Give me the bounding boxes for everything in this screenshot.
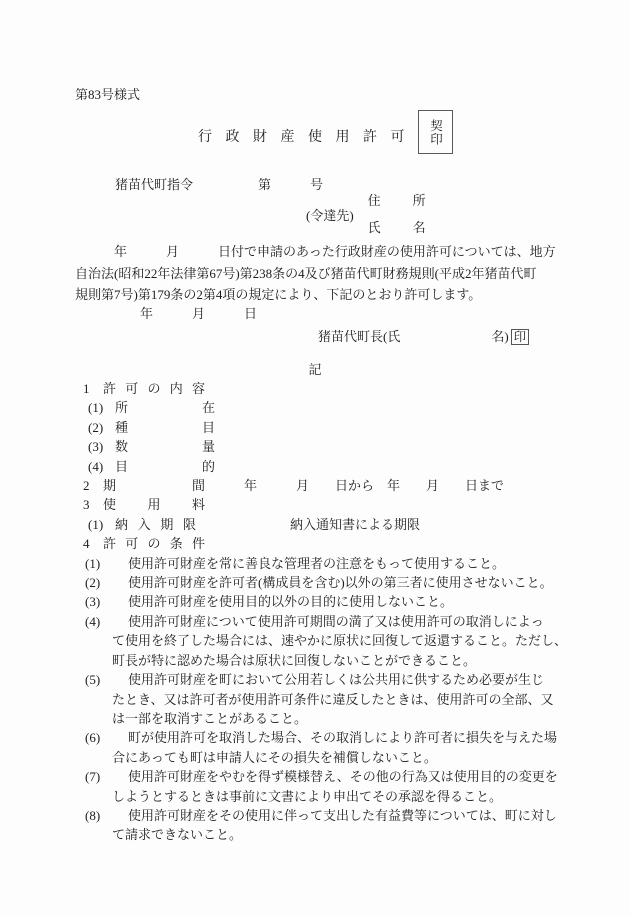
binding-seal-box: 契印 <box>418 110 453 154</box>
condition-number: (3) <box>85 592 112 611</box>
condition-text-line: 使用許可財産について使用許可期間の満了又は使用許可の取消しによっ <box>112 612 620 631</box>
document-title: 行政財産使用許可書 <box>0 126 630 146</box>
body-paragraph-line: 年 月 日付で申請のあった行政財産の使用許可については、地方 <box>75 241 556 263</box>
item-label: 目的 <box>115 457 215 476</box>
condition-text-line: は一部を取消すことがあること。 <box>112 709 620 728</box>
section-1-item-location: (1)所在 <box>88 398 620 417</box>
condition-item-1: (1) 使用許可財産を常に善良な管理者の注意をもって使用すること。 <box>85 554 620 573</box>
condition-text-line: たとき、又は許可者が使用許可条件に違反したときは、使用許可の全部、又 <box>112 690 620 709</box>
section-1-item-quantity: (3)数量 <box>88 437 620 456</box>
condition-text-line: 使用許可財産を常に善良な管理者の注意をもって使用すること。 <box>112 554 620 573</box>
condition-item-2: (2) 使用許可財産を許可者(構成員を含む)以外の第三者に使用させないこと。 <box>85 573 620 592</box>
ki-heading: 記 <box>0 359 630 378</box>
condition-number: (7) <box>85 767 112 806</box>
condition-number: (5) <box>85 670 112 728</box>
section-1-heading: 1許可の内容 <box>83 379 620 398</box>
condition-number: (2) <box>85 573 112 592</box>
condition-text-line: て使用を終了した場合には、速やかに原状に回復して返還すること。ただし、 <box>112 631 620 650</box>
directive-number-line: 猪苗代町指令 第 号 <box>115 174 323 193</box>
section-1-item-type: (2)種目 <box>88 418 620 437</box>
item-number: (1) <box>88 515 115 534</box>
section-3-heading: 3使用料 <box>83 495 620 514</box>
condition-text-line: 使用許可財産をやむを得ず模様替え、その他の行為又は使用目的の変更を <box>112 767 620 786</box>
condition-text-line: 使用許可財産を許可者(構成員を含む)以外の第三者に使用させないこと。 <box>112 573 620 592</box>
recipient-block: (令達先) 住所 氏名 <box>306 187 426 241</box>
recipient-label: (令達先) <box>306 205 354 224</box>
section-4-heading: 4許可の条件 <box>83 534 620 553</box>
section-2-period: 2期間 年 月 日から 年 月 日まで <box>83 476 620 495</box>
condition-item-8: (8) 使用許可財産をその使用に伴って支出した有益費等については、町に対し て請… <box>85 806 620 845</box>
condition-number: (1) <box>85 554 112 573</box>
body-paragraph: 年 月 日付で申請のあった行政財産の使用許可については、地方 自治法(昭和22年… <box>75 241 556 306</box>
section-number: 2 <box>83 476 103 495</box>
condition-text-line: て請求できないこと。 <box>112 825 620 844</box>
section-2-label: 期間 <box>103 476 205 495</box>
condition-text-line: 使用許可財産をその使用に伴って支出した有益費等については、町に対し <box>112 806 620 825</box>
item-number: (1) <box>88 398 115 417</box>
form-number: 第83号様式 <box>75 84 140 103</box>
condition-text-line: 合にあっても町は申請人にその損失を補償しないこと。 <box>112 748 620 767</box>
condition-item-6: (6) 町が使用許可を取消した場合、その取消しにより許可者に損失を与えた場 合に… <box>85 728 620 767</box>
section-3-item-payment-deadline: (1)納入期限納入通知書による期限 <box>88 515 620 534</box>
condition-text-line: 町長が特に認めた場合は原状に回復しないことができること。 <box>112 651 620 670</box>
condition-number: (8) <box>85 806 112 845</box>
condition-text-line: しようとするときは事前に文書により申出てその承認を得ること。 <box>112 787 620 806</box>
mayor-name-blank: 猪苗代町長(氏 名) <box>318 329 509 344</box>
body-paragraph-line: 自治法(昭和22年法律第67号)第238条の4及び猪苗代町財務規則(平成2年猪苗… <box>75 263 556 285</box>
document-sheet: 第83号様式 行政財産使用許可書 契印 猪苗代町指令 第 号 (令達先) 住所 … <box>0 0 630 915</box>
item-number: (4) <box>88 457 115 476</box>
section-number: 1 <box>83 379 103 398</box>
section-1-item-purpose: (4)目的 <box>88 457 620 476</box>
item-label: 所在 <box>115 398 215 417</box>
recipient-address-label: 住所 <box>368 187 426 214</box>
section-number: 3 <box>83 495 103 514</box>
condition-number: (4) <box>85 612 112 670</box>
item-label: 種目 <box>115 418 215 437</box>
item-label: 納入期限 <box>115 515 196 534</box>
condition-item-7: (7) 使用許可財産をやむを得ず模様替え、その他の行為又は使用目的の変更を しよ… <box>85 767 620 806</box>
issue-date-line: 年 月 日 <box>75 303 257 322</box>
item-number: (2) <box>88 418 115 437</box>
recipient-name-label: 氏名 <box>368 214 426 241</box>
condition-item-3: (3) 使用許可財産を使用目的以外の目的に使用しないこと。 <box>85 592 620 611</box>
payment-deadline-value: 納入通知書による期限 <box>290 517 420 532</box>
condition-text-line: 使用許可財産を町において公用若しくは公共用に供するため必要が生じ <box>112 670 620 689</box>
section-3-label: 使用料 <box>103 495 205 514</box>
condition-item-4: (4) 使用許可財産について使用許可期間の満了又は使用許可の取消しによっ て使用… <box>85 612 620 670</box>
mayor-seal-box: 印 <box>511 329 530 345</box>
condition-text-line: 使用許可財産を使用目的以外の目的に使用しないこと。 <box>112 592 620 611</box>
item-label: 数量 <box>115 437 215 456</box>
section-4-label: 許可の条件 <box>103 534 205 553</box>
condition-number: (6) <box>85 728 112 767</box>
item-number: (3) <box>88 437 115 456</box>
section-number: 4 <box>83 534 103 553</box>
condition-text-line: 町が使用許可を取消した場合、その取消しにより許可者に損失を与えた場 <box>112 728 620 747</box>
conditions-list: 1許可の内容 (1)所在 (2)種目 (3)数量 (4)目的 2期間 年 月 日… <box>75 379 620 845</box>
period-blank-value: 年 月 日から 年 月 日まで <box>205 478 504 493</box>
condition-item-5: (5) 使用許可財産を町において公用若しくは公共用に供するため必要が生じ たとき… <box>85 670 620 728</box>
mayor-signature-line: 猪苗代町長(氏 名)印 <box>318 326 529 345</box>
binding-seal-label: 契印 <box>427 119 445 146</box>
section-1-label: 許可の内容 <box>103 379 205 398</box>
